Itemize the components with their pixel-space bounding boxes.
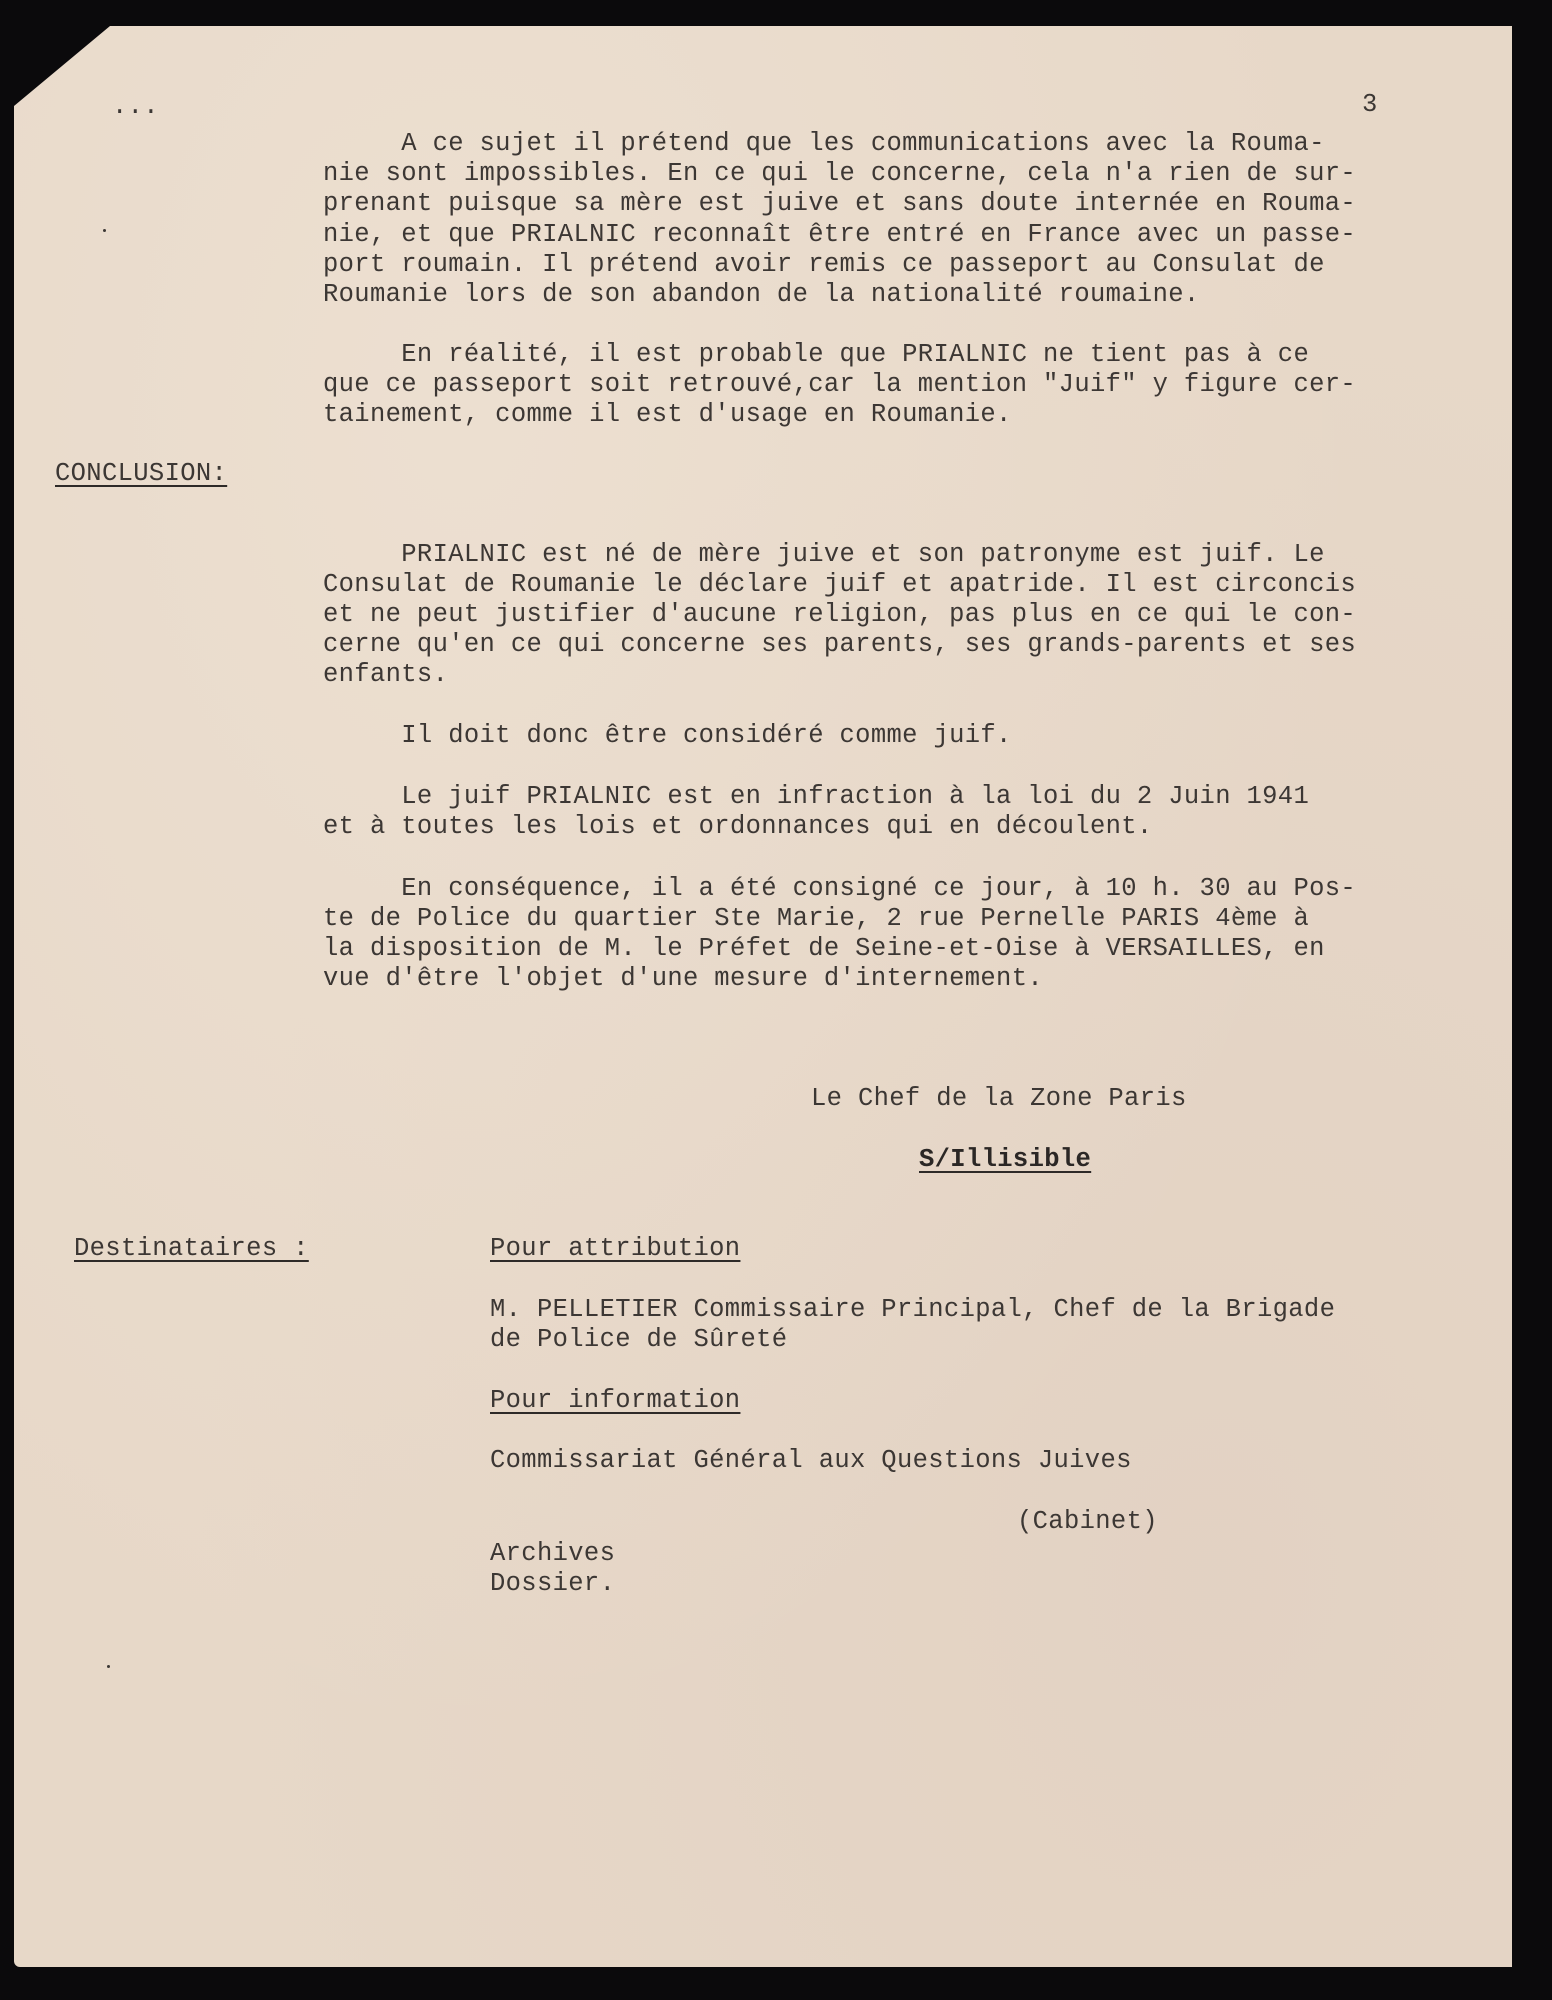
text-line: et ne peut justifier d'aucune religion, … — [323, 600, 1356, 631]
paper-speck — [1513, 643, 1517, 647]
text-line: Consulat de Roumanie le déclare juif et … — [323, 570, 1356, 601]
text-line: En réalité, il est probable que PRIALNIC… — [323, 340, 1309, 371]
text-line: tainement, comme il est d'usage en Rouma… — [323, 400, 1012, 431]
text-line: Il doit donc être considéré comme juif. — [323, 721, 1012, 752]
text-line: PRIALNIC est né de mère juive et son pat… — [323, 540, 1325, 571]
text-line: et à toutes les lois et ordonnances qui … — [323, 812, 1153, 843]
signature-title: Le Chef de la Zone Paris — [811, 1084, 1187, 1115]
text-line: que ce passeport soit retrouvé,car la me… — [323, 370, 1356, 401]
text-line: Le juif PRIALNIC est en infraction à la … — [323, 782, 1309, 813]
text-line: vue d'être l'objet d'une mesure d'intern… — [323, 964, 1043, 995]
document-page: ... 3 A ce sujet il prétend que les comm… — [14, 26, 1512, 1967]
other-recipient: Dossier. — [490, 1569, 615, 1600]
text-line: En conséquence, il a été consigné ce jou… — [323, 874, 1356, 905]
conclusion-label: CONCLUSION: — [55, 459, 227, 490]
paper-speck — [103, 229, 106, 232]
text-line: cerne qu'en ce qui concerne ses parents,… — [323, 630, 1356, 661]
information-heading: Pour information — [490, 1386, 740, 1417]
text-line: nie, et que PRIALNIC reconnaît être entr… — [323, 220, 1356, 251]
text-line: port roumain. Il prétend avoir remis ce … — [323, 250, 1325, 281]
information-line: Commissariat Général aux Questions Juive… — [490, 1446, 1132, 1477]
recipients-label: Destinataires : — [74, 1234, 309, 1265]
information-sub: (Cabinet) — [1017, 1507, 1158, 1538]
text-line: Roumanie lors de son abandon de la natio… — [323, 280, 1200, 311]
attribution-line: de Police de Sûreté — [490, 1325, 787, 1356]
text-line: te de Police du quartier Ste Marie, 2 ru… — [323, 904, 1309, 935]
text-line: A ce sujet il prétend que les communicat… — [323, 129, 1325, 160]
text-line: nie sont impossibles. En ce qui le conce… — [323, 159, 1356, 190]
text-line: prenant puisque sa mère est juive et san… — [323, 189, 1356, 220]
text-line: enfants. — [323, 660, 448, 691]
continuation-mark: ... — [112, 92, 159, 123]
other-recipient: Archives — [490, 1539, 615, 1570]
attribution-line: M. PELLETIER Commissaire Principal, Chef… — [490, 1295, 1335, 1326]
text-line: la disposition de M. le Préfet de Seine-… — [323, 934, 1325, 965]
paper-speck — [107, 1665, 110, 1668]
attribution-heading: Pour attribution — [490, 1234, 740, 1265]
page-number: 3 — [1362, 90, 1378, 121]
signature-name: S/Illisible — [919, 1145, 1091, 1176]
